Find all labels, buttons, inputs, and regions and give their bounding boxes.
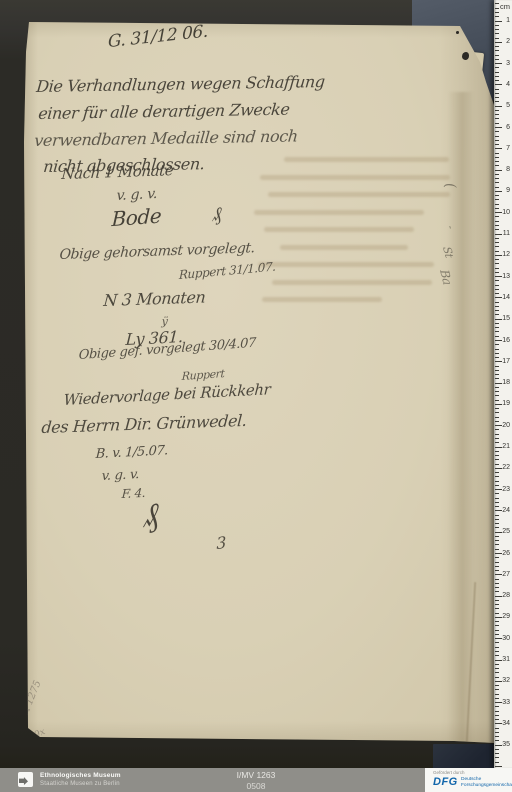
- ruler-minor-tick: [495, 263, 499, 264]
- ruler-number: 28: [502, 592, 510, 599]
- ruler-minor-tick: [495, 280, 499, 281]
- edge-writing: Ba: [438, 269, 454, 285]
- ruler-minor-tick: [495, 225, 499, 226]
- ruler-number: 23: [502, 486, 510, 493]
- ruler-minor-tick: [495, 417, 499, 418]
- ruler-tick: [495, 745, 502, 746]
- ruler-minor-tick: [495, 664, 499, 665]
- ruler-minor-tick: [495, 740, 499, 741]
- ruler-number: 17: [502, 358, 510, 365]
- ruler-minor-tick: [495, 314, 499, 315]
- ruler-tick: [495, 574, 502, 575]
- ruler-minor-tick: [495, 293, 499, 294]
- ruler-number: 25: [502, 528, 510, 535]
- ruler-minor-tick: [495, 391, 499, 392]
- ruler-minor-tick: [495, 38, 499, 39]
- ruler-minor-tick: [495, 370, 499, 371]
- ruler-number: 22: [502, 464, 510, 471]
- ruler-minor-tick: [495, 549, 499, 550]
- ruler-minor-tick: [495, 476, 499, 477]
- ruler-minor-tick: [495, 101, 499, 102]
- ruler-tick: [495, 127, 502, 128]
- ruler-minor-tick: [495, 33, 499, 34]
- ruler-minor-tick: [495, 216, 499, 217]
- ruler-number: 32: [502, 677, 510, 684]
- ruler-minor-tick: [495, 353, 499, 354]
- ruler-minor-tick: [495, 302, 499, 303]
- ruler-minor-tick: [495, 140, 499, 141]
- ruler-minor-tick: [495, 395, 499, 396]
- ruler-minor-tick: [495, 89, 499, 90]
- ruler-minor-tick: [495, 485, 499, 486]
- ruler-minor-tick: [495, 336, 499, 337]
- ruler-minor-tick: [495, 357, 499, 358]
- ruler-number: 19: [502, 400, 510, 407]
- ruler-number: 2: [506, 38, 510, 45]
- ruler-minor-tick: [495, 762, 499, 763]
- ruler-minor-tick: [495, 455, 499, 456]
- ruler-minor-tick: [495, 131, 499, 132]
- scan-background: G. 31/12 06.Die Verhandlungen wegen Scha…: [0, 0, 512, 792]
- ruler-minor-tick: [495, 579, 499, 580]
- ruler-number: 9: [506, 187, 510, 194]
- ruler-number: 14: [502, 294, 510, 301]
- ruler-tick: [495, 596, 502, 597]
- ruler-number: 8: [506, 166, 510, 173]
- ruler-tick: [495, 297, 502, 298]
- ruler-minor-tick: [495, 677, 499, 678]
- ruler-minor-tick: [495, 157, 499, 158]
- ruler-minor-tick: [495, 706, 499, 707]
- ruler-minor-tick: [495, 110, 499, 111]
- scanned-page: G. 31/12 06.Die Verhandlungen wegen Scha…: [24, 22, 495, 743]
- ruler-minor-tick: [495, 29, 499, 30]
- ruler-minor-tick: [495, 651, 499, 652]
- ruler-number: 24: [502, 507, 510, 514]
- ruler-minor-tick: [495, 46, 499, 47]
- ruler-minor-tick: [495, 349, 499, 350]
- ruler-minor-tick: [495, 344, 499, 345]
- ruler-tick: [495, 510, 502, 511]
- ruler-number: 15: [502, 315, 510, 322]
- ruler-tick: [495, 319, 502, 320]
- ruler-minor-tick: [495, 153, 499, 154]
- ruler-minor-tick: [495, 178, 499, 179]
- ruler-minor-tick: [495, 246, 499, 247]
- ruler-minor-tick: [495, 566, 499, 567]
- edge-writing: St: [441, 246, 455, 258]
- ruler-minor-tick: [495, 498, 499, 499]
- ruler-minor-tick: [495, 519, 499, 520]
- ruler-minor-tick: [495, 600, 499, 601]
- ruler-number: 7: [506, 145, 510, 152]
- ruler-tick: [495, 148, 502, 149]
- ruler-minor-tick: [495, 647, 499, 648]
- ruler-tick: [495, 660, 502, 661]
- ruler-number: 3: [506, 60, 510, 67]
- dfg-logo-text: DFG: [433, 776, 458, 788]
- ruler-minor-tick: [495, 715, 499, 716]
- ruler-minor-tick: [495, 557, 499, 558]
- ruler-minor-tick: [495, 608, 499, 609]
- ruler-tick: [495, 447, 502, 448]
- ruler-minor-tick: [495, 199, 499, 200]
- ruler-number: 30: [502, 635, 510, 642]
- ruler-minor-tick: [495, 583, 499, 584]
- ruler-number: 26: [502, 550, 510, 557]
- ruler-number: 34: [502, 720, 510, 727]
- dfg-funding-box: Gefördert durch DFG Deutsche Forschungsg…: [425, 768, 512, 792]
- ruler-number: 12: [502, 251, 510, 258]
- ruler-minor-tick: [495, 25, 499, 26]
- ruler-minor-tick: [495, 97, 499, 98]
- ruler-minor-tick: [495, 12, 499, 13]
- ruler-tick: [495, 404, 502, 405]
- ruler-minor-tick: [495, 378, 499, 379]
- ruler-minor-tick: [495, 591, 499, 592]
- ruler-minor-tick: [495, 570, 499, 571]
- ruler-tick: [495, 276, 502, 277]
- ruler-number: 29: [502, 613, 510, 620]
- ruler-minor-tick: [495, 229, 499, 230]
- ruler-minor-tick: [495, 749, 499, 750]
- ruler-minor-tick: [495, 285, 499, 286]
- ruler-number: 5: [506, 102, 510, 109]
- ruler-minor-tick: [495, 182, 499, 183]
- ruler-number: 31: [502, 656, 510, 663]
- ruler-unit-label: cm: [500, 2, 510, 11]
- ruler-minor-tick: [495, 76, 499, 77]
- ruler-minor-tick: [495, 144, 499, 145]
- edge-writing: -: [444, 225, 455, 229]
- ruler-minor-tick: [495, 587, 499, 588]
- ruler-minor-tick: [495, 114, 499, 115]
- ruler-number: 21: [502, 443, 510, 450]
- ruler-minor-tick: [495, 123, 499, 124]
- ruler-tick: [495, 532, 502, 533]
- ruler-minor-tick: [495, 421, 499, 422]
- ruler-minor-tick: [495, 604, 499, 605]
- ruler-minor-tick: [495, 289, 499, 290]
- ruler-minor-tick: [495, 165, 499, 166]
- ruler-number: 18: [502, 379, 510, 386]
- ruler-minor-tick: [495, 757, 499, 758]
- ruler-minor-tick: [495, 72, 499, 73]
- ruler-minor-tick: [495, 238, 499, 239]
- ruler-tick: [495, 425, 502, 426]
- ruler-tick: [495, 84, 502, 85]
- ruler-minor-tick: [495, 736, 499, 737]
- ruler-minor-tick: [495, 16, 499, 17]
- ruler-minor-tick: [495, 374, 499, 375]
- ruler-number: 35: [502, 741, 510, 748]
- ruler-minor-tick: [495, 527, 499, 528]
- measure-ruler: cm 1234567891011121314151617181920212223…: [494, 0, 512, 768]
- ruler-minor-tick: [495, 204, 499, 205]
- ruler-tick: [495, 42, 502, 43]
- ruler-minor-tick: [495, 464, 499, 465]
- ruler-minor-tick: [495, 540, 499, 541]
- ruler-minor-tick: [495, 161, 499, 162]
- ruler-minor-tick: [495, 272, 499, 273]
- ruler-minor-tick: [495, 642, 499, 643]
- ruler-minor-tick: [495, 655, 499, 656]
- ruler-minor-tick: [495, 251, 499, 252]
- ruler-minor-tick: [495, 3, 499, 4]
- ruler-minor-tick: [495, 481, 499, 482]
- ruler-minor-tick: [495, 685, 499, 686]
- ruler-minor-tick: [495, 672, 499, 673]
- ruler-minor-tick: [495, 268, 499, 269]
- ruler-minor-tick: [495, 451, 499, 452]
- ruler-minor-tick: [495, 502, 499, 503]
- ruler-tick: [495, 212, 502, 213]
- ruler-minor-tick: [495, 434, 499, 435]
- ruler-tick: [495, 106, 502, 107]
- ruler-minor-tick: [495, 719, 499, 720]
- ruler-tick: [495, 383, 502, 384]
- ruler-tick: [495, 489, 502, 490]
- ruler-minor-tick: [495, 523, 499, 524]
- ruler-tick: [495, 468, 502, 469]
- ruler-number: 1: [506, 17, 510, 24]
- ruler-number: 10: [502, 209, 510, 216]
- ruler-tick: [495, 361, 502, 362]
- ruler-minor-tick: [495, 472, 499, 473]
- ruler-minor-tick: [495, 306, 499, 307]
- ruler-minor-tick: [495, 50, 499, 51]
- ruler-minor-tick: [495, 732, 499, 733]
- ruler-minor-tick: [495, 195, 499, 196]
- ruler-minor-tick: [495, 694, 499, 695]
- ruler-minor-tick: [495, 208, 499, 209]
- ruler-minor-tick: [495, 387, 499, 388]
- ruler-minor-tick: [495, 323, 499, 324]
- ruler-tick: [495, 723, 502, 724]
- ruler-minor-tick: [495, 118, 499, 119]
- ruler-minor-tick: [495, 366, 499, 367]
- ruler-minor-tick: [495, 8, 499, 9]
- ruler-number: 13: [502, 273, 510, 280]
- ruler-minor-tick: [495, 506, 499, 507]
- ruler-minor-tick: [495, 562, 499, 563]
- ruler-tick: [495, 617, 502, 618]
- edge-writing-layer: (-StBa: [24, 22, 495, 743]
- ruler-minor-tick: [495, 634, 499, 635]
- ruler-tick: [495, 63, 502, 64]
- ruler-tick: [495, 766, 502, 767]
- book-spine-shadow: [433, 744, 495, 770]
- ruler-minor-tick: [495, 621, 499, 622]
- ruler-minor-tick: [495, 59, 499, 60]
- ruler-minor-tick: [495, 711, 499, 712]
- ruler-minor-tick: [495, 689, 499, 690]
- ruler-minor-tick: [495, 412, 499, 413]
- ruler-minor-tick: [495, 259, 499, 260]
- ruler-minor-tick: [495, 429, 499, 430]
- ruler-minor-tick: [495, 67, 499, 68]
- ruler-minor-tick: [495, 753, 499, 754]
- ruler-minor-tick: [495, 400, 499, 401]
- ruler-minor-tick: [495, 630, 499, 631]
- ruler-tick: [495, 638, 502, 639]
- ruler-number: 16: [502, 337, 510, 344]
- ruler-minor-tick: [495, 331, 499, 332]
- ruler-minor-tick: [495, 327, 499, 328]
- ruler-tick: [495, 234, 502, 235]
- ruler-number: 6: [506, 124, 510, 131]
- ruler-minor-tick: [495, 221, 499, 222]
- ruler-minor-tick: [495, 93, 499, 94]
- ruler-minor-tick: [495, 55, 499, 56]
- ruler-minor-tick: [495, 536, 499, 537]
- ruler-number: 33: [502, 699, 510, 706]
- ruler-minor-tick: [495, 174, 499, 175]
- ruler-tick: [495, 553, 502, 554]
- ruler-minor-tick: [495, 613, 499, 614]
- ruler-tick: [495, 255, 502, 256]
- edge-writing: (: [442, 182, 457, 189]
- ruler-minor-tick: [495, 136, 499, 137]
- ruler-minor-tick: [495, 728, 499, 729]
- ruler-minor-tick: [495, 310, 499, 311]
- ruler-tick: [495, 681, 502, 682]
- ruler-tick: [495, 340, 502, 341]
- ruler-minor-tick: [495, 459, 499, 460]
- ruler-minor-tick: [495, 438, 499, 439]
- ruler-minor-tick: [495, 408, 499, 409]
- ruler-number: 27: [502, 571, 510, 578]
- ruler-number: 4: [506, 81, 510, 88]
- ruler-minor-tick: [495, 698, 499, 699]
- ruler-minor-tick: [495, 515, 499, 516]
- ruler-minor-tick: [495, 187, 499, 188]
- ruler-minor-tick: [495, 442, 499, 443]
- ruler-minor-tick: [495, 668, 499, 669]
- ruler-tick: [495, 191, 502, 192]
- ruler-minor-tick: [495, 80, 499, 81]
- ruler-minor-tick: [495, 493, 499, 494]
- ruler-minor-tick: [495, 544, 499, 545]
- ruler-tick: [495, 170, 502, 171]
- ruler-number: 11: [503, 230, 510, 237]
- funding-note: Gefördert durch: [433, 770, 465, 775]
- footer-bar: Ethnologisches Museum Staatliche Museen …: [0, 768, 512, 792]
- ruler-number: 20: [502, 422, 510, 429]
- ruler-minor-tick: [495, 242, 499, 243]
- ruler-tick: [495, 702, 502, 703]
- ruler-tick: [495, 21, 502, 22]
- ruler-minor-tick: [495, 625, 499, 626]
